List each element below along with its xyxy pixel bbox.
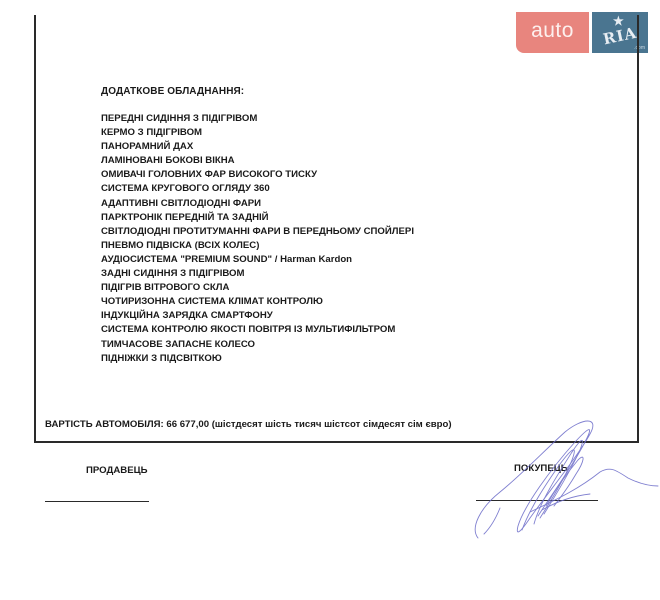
list-item: ПАНОРАМНИЙ ДАХ [101,140,414,154]
list-item: СИСТЕМА КОНТРОЛЮ ЯКОСТІ ПОВІТРЯ ІЗ МУЛЬТ… [101,323,414,337]
section-title: ДОДАТКОВЕ ОБЛАДНАННЯ: [101,86,244,97]
list-item: ПЕРЕДНІ СИДІННЯ З ПІДІГРІВОМ [101,112,414,126]
list-item: АУДІОСИСТЕМА "PREMIUM SOUND" / Harman Ka… [101,253,414,267]
list-item: ІНДУКЦІЙНА ЗАРЯДКА СМАРТФОНУ [101,309,414,323]
list-item: КЕРМО З ПІДІГРІВОМ [101,126,414,140]
list-item: ТИМЧАСОВЕ ЗАПАСНЕ КОЛЕСО [101,338,414,352]
list-item: СИСТЕМА КРУГОВОГО ОГЛЯДУ 360 [101,182,414,196]
list-item: ЛАМІНОВАНІ БОКОВІ ВІКНА [101,154,414,168]
list-item: АДАПТИВНІ СВІТЛОДІОДНІ ФАРИ [101,197,414,211]
seller-label: ПРОДАВЕЦЬ [86,465,148,476]
car-price-line: ВАРТІСТЬ АВТОМОБІЛЯ: 66 677,00 (шістдеся… [45,419,452,430]
list-item: ПІДІГРІВ ВІТРОВОГО СКЛА [101,281,414,295]
equipment-list: ПЕРЕДНІ СИДІННЯ З ПІДІГРІВОМ КЕРМО З ПІД… [101,112,414,366]
list-item: ЗАДНІ СИДІННЯ З ПІДІГРІВОМ [101,267,414,281]
list-item: ПНЕВМО ПІДВІСКА (ВСІХ КОЛЕС) [101,239,414,253]
buyer-label: ПОКУПЕЦЬ [514,463,568,474]
list-item: ОМИВАЧІ ГОЛОВНИХ ФАР ВИСОКОГО ТИСКУ [101,168,414,182]
list-item: ЧОТИРИЗОННА СИСТЕМА КЛІМАТ КОНТРОЛЮ [101,295,414,309]
seller-signature-line [45,501,149,502]
list-item: ПАРКТРОНІК ПЕРЕДНІЙ ТА ЗАДНІЙ [101,211,414,225]
list-item: СВІТЛОДІОДНІ ПРОТИТУМАННІ ФАРИ В ПЕРЕДНЬ… [101,225,414,239]
buyer-signature-line [476,500,598,501]
list-item: ПІДНІЖКИ З ПІДСВІТКОЮ [101,352,414,366]
